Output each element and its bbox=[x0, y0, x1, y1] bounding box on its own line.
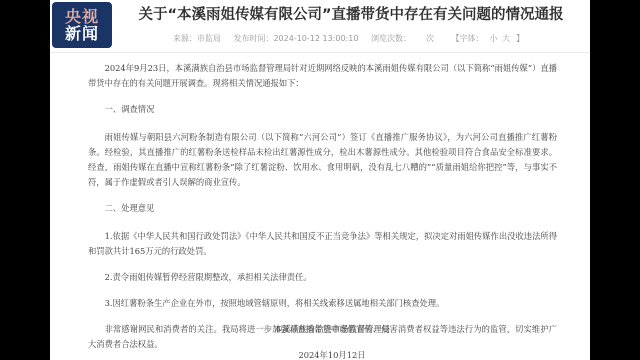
logo-text-bottom: 新闻 bbox=[65, 25, 99, 42]
meta-views-suffix: 次 bbox=[426, 34, 434, 43]
font-control-open: 【字体： bbox=[452, 34, 484, 43]
meta-publish-time: 发布时间：2024-10-12 13:00:10 bbox=[233, 34, 358, 43]
signature-block: 本溪满族自治县市场监督管理局 2024年10月12日 bbox=[50, 323, 590, 360]
font-small-button[interactable]: 小 bbox=[490, 34, 498, 43]
handling-item-2: 2.责令雨姐传媒暂停经营限期整改，承担相关法律责任。 bbox=[88, 270, 557, 285]
issue-date: 2024年10月12日 bbox=[74, 349, 590, 360]
document-page: 央视 新闻 关于“本溪雨姐传媒有限公司”直播带货中存在有关问题的情况通报 来源：… bbox=[50, 0, 590, 360]
intro-paragraph: 2024年9月23日，本溪满族自治县市场监督管理局针对近期网络反映的本溪雨姐传媒… bbox=[88, 61, 557, 91]
handling-item-1: 1.依据《中华人民共和国行政处罚法》《中华人民共和国反不正当竞争法》等相关规定，… bbox=[88, 229, 557, 259]
meta-source: 来源：市监局 bbox=[173, 34, 221, 43]
logo-text-top: 央视 bbox=[65, 8, 99, 25]
font-size-control: 【字体：小 大】 bbox=[447, 34, 530, 43]
issuing-authority: 本溪满族自治县市场监督管理局 bbox=[74, 323, 590, 335]
section-1-heading: 一、调查情况 bbox=[88, 102, 557, 117]
meta-views-label: 浏览次数： bbox=[371, 34, 411, 43]
font-large-button[interactable]: 大 bbox=[502, 34, 510, 43]
cctv-news-logo: 央视 新闻 bbox=[52, 2, 112, 48]
page-title: 关于“本溪雨姐传媒有限公司”直播带货中存在有关问题的情况通报 bbox=[120, 6, 582, 25]
header-divider bbox=[50, 52, 590, 53]
section-1-paragraph: 雨姐传媒与朝阳县六河粉条制造有限公司（以下简称“六河公司”）签订《直播推广服务协… bbox=[88, 130, 557, 190]
notice-body: 2024年9月23日，本溪满族自治县市场监督管理局针对近期网络反映的本溪雨姐传媒… bbox=[88, 61, 557, 360]
section-2-heading: 二、处理意见 bbox=[88, 201, 557, 216]
meta-line: 来源：市监局 发布时间：2024-10-12 13:00:10 浏览次数：次 【… bbox=[120, 33, 582, 44]
handling-item-3: 3.因红薯粉条生产企业在外市，按照地域管辖原则，将相关线索移送属地相关部门核查处… bbox=[88, 296, 557, 311]
notice-header: 关于“本溪雨姐传媒有限公司”直播带货中存在有关问题的情况通报 来源：市监局 发布… bbox=[50, 0, 590, 44]
font-control-close: 】 bbox=[516, 34, 524, 43]
